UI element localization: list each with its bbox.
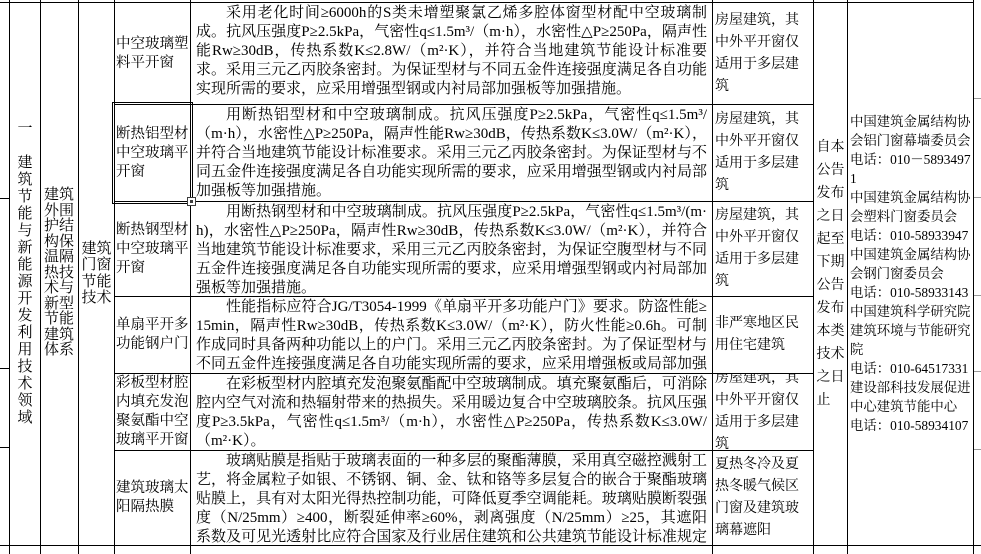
application-scope-cell[interactable]: 房屋建筑，其中外平开窗仅适用于多层建筑 [713, 3, 813, 104]
application-scope-cell[interactable]: 房屋建筑，其中外平开窗仅适用于多层建筑 [713, 374, 813, 450]
contact-line: 电话：010-58933947 [850, 226, 971, 245]
divider [974, 98, 981, 99]
item-name: 单扇平开多功能钢户门 [116, 316, 189, 354]
cell-resize-handle-icon[interactable] [187, 197, 196, 206]
divider [813, 0, 814, 554]
item-name-cell[interactable]: 单扇平开多功能钢户门 [115, 297, 190, 373]
tech-subgroup-cell[interactable]: 建筑门窗节能技术 [79, 2, 114, 545]
contact-line: 中国建筑金属结构协会钢门窗委员会 [850, 245, 971, 283]
divider [974, 197, 981, 198]
application-scope-cell[interactable]: 夏热冬冷及夏热冬暖气候区门窗及建筑玻璃幕遮阳 [713, 451, 813, 545]
divider [974, 449, 981, 450]
contact-info-cell[interactable]: 中国建筑金属结构协会铝门窗幕墙委员会 电话：010－58934971 中国建筑金… [848, 2, 973, 545]
divider [0, 447, 9, 448]
divider [0, 198, 9, 199]
divider [973, 0, 974, 554]
item-description-cell[interactable]: 性能指标应符合JG/T3054-1999《单扇平开多功能户门》要求。防盗性能≥1… [191, 297, 712, 373]
divider [114, 373, 813, 374]
contact-line: 中国建筑科学研究院建筑环境与节能研究院 [850, 302, 971, 359]
application-scope-cell[interactable]: 房屋建筑，其中外平开窗仅适用于多层建筑 [713, 105, 813, 201]
divider [114, 104, 813, 105]
category-label: 一 建筑节能与新能源开发利用技术领域 [17, 121, 33, 427]
contact-line: 电话：010-64517331 [850, 359, 971, 378]
divider [974, 371, 981, 372]
item-name-cell[interactable]: 中空玻璃塑料平开窗 [115, 3, 190, 104]
divider [114, 0, 115, 554]
item-description-cell[interactable]: 采用老化时间≥6000h的S类未增塑聚氯乙烯多腔体窗型材配中空玻璃制成。抗风压强… [191, 3, 712, 104]
divider [974, 295, 981, 296]
contact-line: 建设部科技发展促进中心建筑节能中心 [850, 378, 971, 416]
application-scope: 房屋建筑，其中外平开窗仅适用于多层建筑 [715, 10, 812, 98]
divider [9, 0, 10, 554]
item-description-cell[interactable]: 在彩板型材内腔填充发泡聚氨酯配中空玻璃制成。填充聚氨酯后，可消除腔内空气对流和热… [191, 374, 712, 450]
item-description-cell[interactable]: 用断热铝型材和中空玻璃制成。抗风压强度P≥2.5kPa，气密性q≤1.5m³/（… [191, 105, 712, 201]
application-scope: 房屋建筑，其中外平开窗仅适用于多层建筑 [715, 109, 812, 197]
divider [190, 0, 191, 554]
divider [0, 545, 981, 546]
validity-period-cell[interactable]: 自本公告发布之日起至下期公告发布本类技术之日止 [814, 2, 847, 545]
divider [0, 368, 9, 369]
application-scope: 夏热冬冷及夏热冬暖气候区门窗及建筑玻璃幕遮阳 [715, 454, 812, 542]
item-description-cell[interactable]: 玻璃贴膜是指贴于玻璃表面的一种多层的聚酯薄膜，采用真空磁控溅射工艺，将金属粒子如… [191, 451, 712, 545]
contact-line: 中国建筑金属结构协会铝门窗幕墙委员会 [850, 112, 971, 150]
contact-line: 电话：010-58933143 [850, 283, 971, 302]
divider [114, 296, 813, 297]
application-scope: 非严寒地区民用住宅建筑 [715, 313, 812, 357]
category-cell[interactable]: 一 建筑节能与新能源开发利用技术领域 [10, 2, 40, 545]
divider [40, 0, 41, 554]
item-name: 中空玻璃塑料平开窗 [116, 35, 189, 73]
contact-line: 电话：010－58934971 [850, 150, 971, 188]
application-scope-cell[interactable]: 房屋建筑，其中外平开窗仅适用于多层建筑 [713, 202, 813, 296]
tech-group-label: 建筑外围护结构保温隔热技术与新型节能建筑体系 [44, 188, 75, 359]
contact-line: 电话：010-58934107 [850, 416, 971, 435]
item-name-cell[interactable]: 断热铝型材中空玻璃平开窗 [115, 105, 190, 201]
item-name: 断热铝型材中空玻璃平开窗 [116, 125, 189, 182]
divider [78, 0, 79, 554]
tech-subgroup-label: 建筑门窗节能技术 [82, 241, 112, 307]
item-name: 彩板型材腔内填充发泡聚氨酯中空玻璃平开窗 [116, 374, 189, 450]
divider [0, 2, 974, 3]
divider [712, 0, 713, 554]
validity-period-label: 自本公告发布之日起至下期公告发布本类技术之日止 [817, 136, 845, 412]
item-name: 建筑玻璃太阳隔热膜 [116, 479, 189, 517]
divider [847, 0, 848, 554]
divider [114, 201, 813, 202]
application-scope: 房屋建筑，其中外平开窗仅适用于多层建筑 [715, 374, 812, 450]
item-name-cell[interactable]: 彩板型材腔内填充发泡聚氨酯中空玻璃平开窗 [115, 374, 190, 450]
item-name-cell[interactable]: 建筑玻璃太阳隔热膜 [115, 451, 190, 545]
item-description-cell[interactable]: 用断热钢型材和中空玻璃制成。抗风压强度P≥2.5kPa，气密性q≤1.5m³/(… [191, 202, 712, 296]
divider [114, 450, 813, 451]
announcement-table-page: 一 建筑节能与新能源开发利用技术领域 建筑外围护结构保温隔热技术与新型节能建筑体… [0, 0, 981, 554]
application-scope: 房屋建筑，其中外平开窗仅适用于多层建筑 [715, 205, 812, 293]
tech-group-cell[interactable]: 建筑外围护结构保温隔热技术与新型节能建筑体系 [41, 2, 78, 545]
item-name-cell[interactable]: 断热钢型材中空玻璃平开窗 [115, 202, 190, 296]
application-scope-cell[interactable]: 非严寒地区民用住宅建筑 [713, 297, 813, 373]
contact-line: 中国建筑金属结构协会塑料门窗委员会 [850, 188, 971, 226]
item-name: 断热钢型材中空玻璃平开窗 [116, 221, 189, 278]
